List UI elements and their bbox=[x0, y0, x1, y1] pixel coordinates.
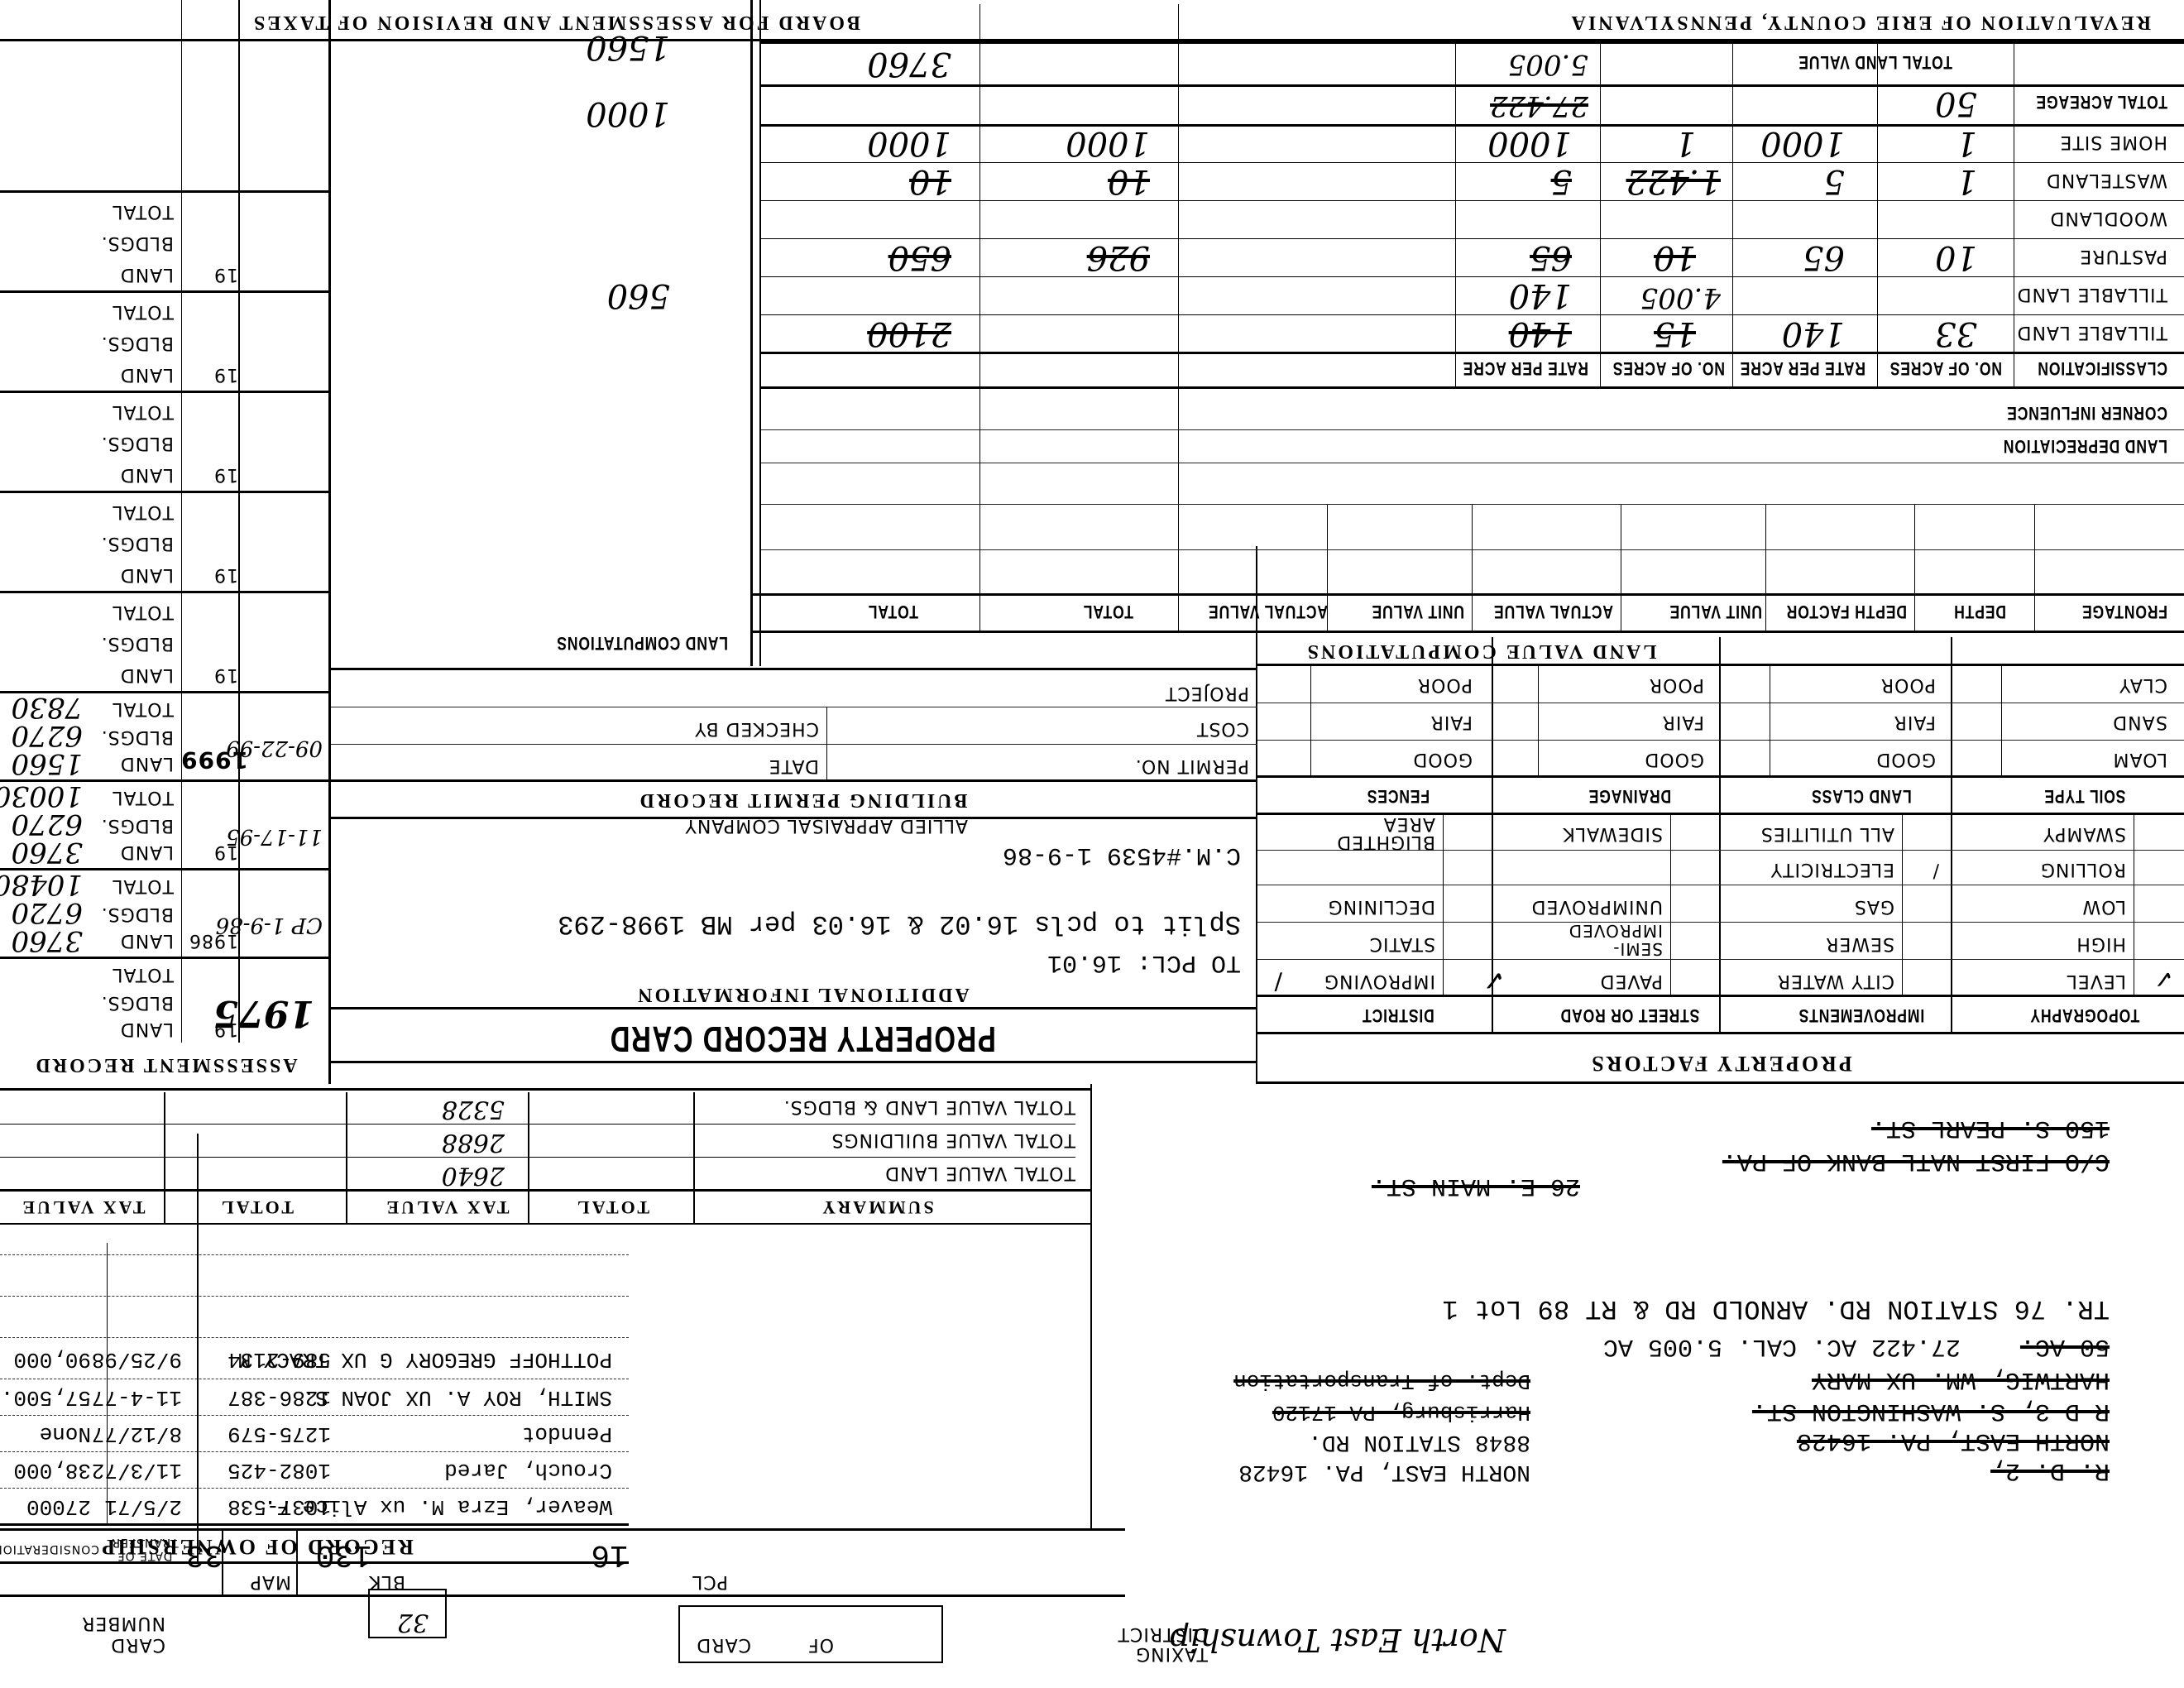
assessment-block: 1986 LAND BLDGS. TOTAL CP 1-9-86 3760 67… bbox=[0, 868, 331, 954]
land-class-good[interactable]: GOOD bbox=[1875, 749, 1936, 770]
additional-info-line-2: Split to pcls 16.02 & 16.03 per MB 1998-… bbox=[558, 909, 1241, 939]
card-number-label: CARD NUMBER bbox=[25, 1612, 165, 1655]
card-label: CARD bbox=[696, 1634, 751, 1655]
fences-poor[interactable]: POOR bbox=[1417, 674, 1473, 695]
check-icon: ✓ bbox=[2153, 964, 2174, 993]
revaluation-title: REVALUATION OF ERIE COUNTY, PENNSYLVANIA bbox=[1569, 11, 2151, 33]
district-improving[interactable]: IMPROVING bbox=[1324, 971, 1435, 991]
acre-row-home-site: HOME SITE 1 1000 1 1000 1000 1000 bbox=[761, 124, 2184, 162]
soil-type-header: SOIL TYPE bbox=[2002, 785, 2167, 807]
table-row: Weaver, Ezra M. ux Alice F. 1037-538 2/5… bbox=[0, 1488, 629, 1524]
total-acreage-row: TOTAL ACREAGE 50 27.422 bbox=[761, 84, 2184, 122]
street-sidewalk[interactable]: SIDEWALK bbox=[1562, 823, 1663, 844]
street-unimproved[interactable]: UNIMPROVED bbox=[1531, 896, 1663, 917]
soil-loam[interactable]: LOAM bbox=[2113, 749, 2167, 770]
board-title: BOARD FOR ASSESSMENT AND REVISION OF TAX… bbox=[251, 11, 860, 33]
drainage-fair[interactable]: FAIR bbox=[1662, 712, 1704, 732]
street-header: STREET OR ROAD bbox=[1547, 1005, 1712, 1026]
table-row: Penndot 1275-579 8/12/77 None bbox=[0, 1415, 629, 1451]
card-title: PROPERTY RECORD CARD bbox=[462, 1018, 1144, 1059]
impr-gas[interactable]: GAS bbox=[1854, 896, 1894, 917]
street-paved[interactable]: PAVED bbox=[1600, 971, 1663, 991]
drainage-poor[interactable]: POOR bbox=[1649, 674, 1704, 695]
address-old-2: Harrisburg, PA 17120 bbox=[1272, 1400, 1530, 1425]
building-permit-title: BUILDING PERMIT RECORD bbox=[347, 789, 1257, 811]
assessment-block: 19 LAND BLDGS. TOTAL bbox=[0, 290, 331, 388]
table-row bbox=[0, 1296, 629, 1337]
impr-city-water[interactable]: CITY WATER bbox=[1777, 971, 1894, 991]
summary-row-land: TOTAL VALUE LAND 2640 bbox=[0, 1157, 1075, 1190]
property-record-card: CARD NUMBER CARD OF TAXING DISTRICT Nort… bbox=[0, 0, 2184, 1688]
taxing-district-value: North East Township bbox=[1170, 1622, 1506, 1658]
topo-swampy[interactable]: SWAMPY bbox=[2043, 823, 2126, 844]
assessment-block: 19 LAND BLDGS. TOTAL 11-17-95 3760 6270 … bbox=[0, 779, 331, 866]
check-icon: ✓ bbox=[1482, 963, 1506, 996]
address-old-3: NORTH EAST, PA. 16428 bbox=[1797, 1427, 2110, 1455]
additional-info-line-3: C.M.#4539 1-9-86 bbox=[1003, 841, 1241, 869]
address-old-1: R D 3, S. WASHINGTON ST. bbox=[1752, 1397, 2110, 1425]
date-of-transfer-header: DATE OF TRANSFER bbox=[99, 1536, 190, 1562]
owner-old-1: HARTWIG, WM. UX MARY bbox=[1812, 1365, 2110, 1393]
address-old-block: 150 S. PEARL ST. C/O FIRST NATL BANK OF … bbox=[1092, 1092, 2184, 1208]
summary-tax-value-header-2: TAX VALUE bbox=[0, 1196, 165, 1218]
assessment-table: 19 LAND BLDGS. TOTAL 1975 1986 LAND BLDG… bbox=[0, 0, 331, 1043]
check-icon: / bbox=[1933, 861, 1939, 881]
frontage-header-row: FRONTAGE DEPTH DEPTH FACTOR UNIT VALUE A… bbox=[753, 596, 2184, 631]
topo-high[interactable]: HIGH bbox=[2076, 933, 2126, 954]
date-label[interactable]: DATE bbox=[769, 755, 819, 776]
of-label: OF bbox=[807, 1634, 834, 1655]
land-class-fair[interactable]: FAIR bbox=[1894, 712, 1936, 732]
district-header: DISTRICT bbox=[1315, 1005, 1481, 1026]
side-note-560: 560 bbox=[607, 276, 670, 314]
acreage-old: 50 AC. bbox=[2020, 1332, 2110, 1360]
mailing-address-2: NORTH EAST, PA. 16428 bbox=[1238, 1459, 1530, 1484]
land-computations-label: LAND COMPUTATIONS bbox=[556, 632, 728, 654]
corner-influence-label: CORNER INFLUENCE bbox=[2006, 402, 2167, 424]
owner-old-2: Dept. of Transportation bbox=[1233, 1369, 1530, 1393]
street-semi-improved[interactable]: SEMI-IMPROVED bbox=[1539, 922, 1663, 958]
land-class-poor[interactable]: POOR bbox=[1880, 674, 1936, 695]
side-note-1560: 1560 bbox=[586, 28, 670, 66]
land-class-header: LAND CLASS bbox=[1779, 785, 1944, 807]
drainage-header: DRAINAGE bbox=[1547, 785, 1712, 807]
additional-info-title: ADDITIONAL INFORMATION bbox=[347, 983, 1257, 1005]
impr-electricity[interactable]: ELECTRICITY bbox=[1770, 859, 1894, 880]
project-label[interactable]: PROJECT bbox=[1165, 683, 1249, 703]
table-row: POTTHOFF GREGORY G UX TRACY M 589-2134 9… bbox=[0, 1337, 629, 1379]
impr-sewer[interactable]: SEWER bbox=[1825, 933, 1894, 954]
assessment-title: ASSESSMENT RECORD bbox=[0, 1053, 331, 1076]
summary-header: SUMMARY bbox=[695, 1196, 1059, 1218]
acre-header-row: CLASSIFICATION NO. OF ACRES RATE PER ACR… bbox=[761, 354, 2184, 387]
land-depreciation-label: LAND DEPRECIATION bbox=[2003, 435, 2167, 457]
checked-by-label[interactable]: CHECKED BY bbox=[694, 718, 819, 739]
table-row: SMITH, ROY A. UX JOAN S. 1286-387 11-4-7… bbox=[0, 1379, 629, 1415]
acre-row-woodland: WOODLAND bbox=[761, 200, 2184, 238]
card-of-box: CARD OF bbox=[678, 1605, 943, 1663]
assessment-block: 19 LAND BLDGS. TOTAL bbox=[0, 491, 331, 588]
permit-no-label[interactable]: PERMIT NO. bbox=[1135, 755, 1249, 776]
topo-level[interactable]: LEVEL bbox=[2067, 971, 2126, 991]
assessment-block: 19 LAND BLDGS. TOTAL bbox=[0, 591, 331, 688]
table-row: Crouch, Jared 1082-425 11/3/72 38,000 bbox=[0, 1451, 629, 1488]
impr-all-utilities[interactable]: ALL UTILITIES bbox=[1760, 823, 1894, 844]
fences-fair[interactable]: FAIR bbox=[1430, 712, 1473, 732]
summary-row-buildings: TOTAL VALUE BUILDINGS 2688 bbox=[0, 1124, 1075, 1157]
acre-row-tillable-2: TILLABLE LAND 4.005 140 bbox=[761, 276, 2184, 314]
soil-sand[interactable]: SAND bbox=[2112, 712, 2167, 732]
assessment-block: 19 LAND BLDGS. TOTAL bbox=[0, 391, 331, 488]
property-factors-title: PROPERTY FACTORS bbox=[1257, 1051, 2184, 1076]
ownership-table: Weaver, Ezra M. ux Alice F. 1037-538 2/5… bbox=[0, 1226, 629, 1524]
pcl-field: PCL 16 bbox=[546, 1531, 1125, 1597]
address-old-4: R. D. 2, bbox=[1990, 1456, 2110, 1484]
consideration-header: CONSIDERATION bbox=[0, 1542, 99, 1556]
topography-header: TOPOGRAPHY bbox=[2002, 1005, 2167, 1026]
district-blighted-area[interactable]: BLIGHTED AREA bbox=[1328, 814, 1435, 851]
topo-rolling[interactable]: ROLLING bbox=[2040, 859, 2126, 880]
summary-total-header: TOTAL bbox=[529, 1196, 695, 1218]
district-static[interactable]: STATIC bbox=[1369, 933, 1435, 954]
side-note-1000: 1000 bbox=[586, 94, 670, 132]
summary-row-land-bldgs: TOTAL VALUE LAND & BLDGS. 5328 bbox=[0, 1091, 1075, 1124]
acre-row-tillable-1: TILLABLE LAND 33 140 15 140 2100 bbox=[761, 314, 2184, 352]
assessment-block: 1999 LAND BLDGS. TOTAL 09-22-99 1560 627… bbox=[0, 691, 331, 777]
district-declining[interactable]: DECLINING bbox=[1328, 896, 1435, 917]
improvements-header: IMPROVEMENTS bbox=[1779, 1005, 1944, 1026]
summary-total-header-2: TOTAL bbox=[174, 1196, 339, 1218]
topo-low[interactable]: LOW bbox=[2081, 896, 2126, 917]
soil-clay[interactable]: CLAY bbox=[2119, 674, 2167, 695]
acre-row-wasteland: WASTELAND 1 5 1.422 5 10 10 bbox=[761, 162, 2184, 200]
acreage-line: 27.422 AC. CAL. 5.005 AC bbox=[1603, 1332, 1961, 1360]
assessment-block: 19 LAND BLDGS. TOTAL bbox=[0, 190, 331, 288]
stamp-year: 1975 bbox=[213, 992, 314, 1034]
total-land-value-row: TOTAL LAND VALUE 5.005 3760 bbox=[761, 41, 2184, 83]
cost-label[interactable]: COST bbox=[1196, 718, 1249, 739]
mailing-address-1: 8848 STATION RD. bbox=[1308, 1429, 1530, 1455]
drainage-good[interactable]: GOOD bbox=[1644, 749, 1704, 770]
fences-good[interactable]: GOOD bbox=[1412, 749, 1473, 770]
summary-tax-value-header: TAX VALUE bbox=[364, 1196, 529, 1218]
additional-info-line-1: TO PCL: 16.01 bbox=[1047, 948, 1241, 976]
acre-row-pasture: PASTURE 10 65 10 65 926 650 bbox=[761, 238, 2184, 276]
table-row bbox=[0, 1254, 629, 1296]
land-value-title: LAND VALUE COMPUTATIONS bbox=[778, 640, 2184, 662]
location-line: TR. 76 STATION RD. ARNOLD RD & RT 89 Lot… bbox=[1442, 1293, 2110, 1324]
assessment-block: 19 LAND BLDGS. TOTAL 1975 bbox=[0, 957, 331, 1043]
check-icon: / bbox=[1275, 969, 1282, 996]
fences-header: FENCES bbox=[1315, 785, 1481, 807]
